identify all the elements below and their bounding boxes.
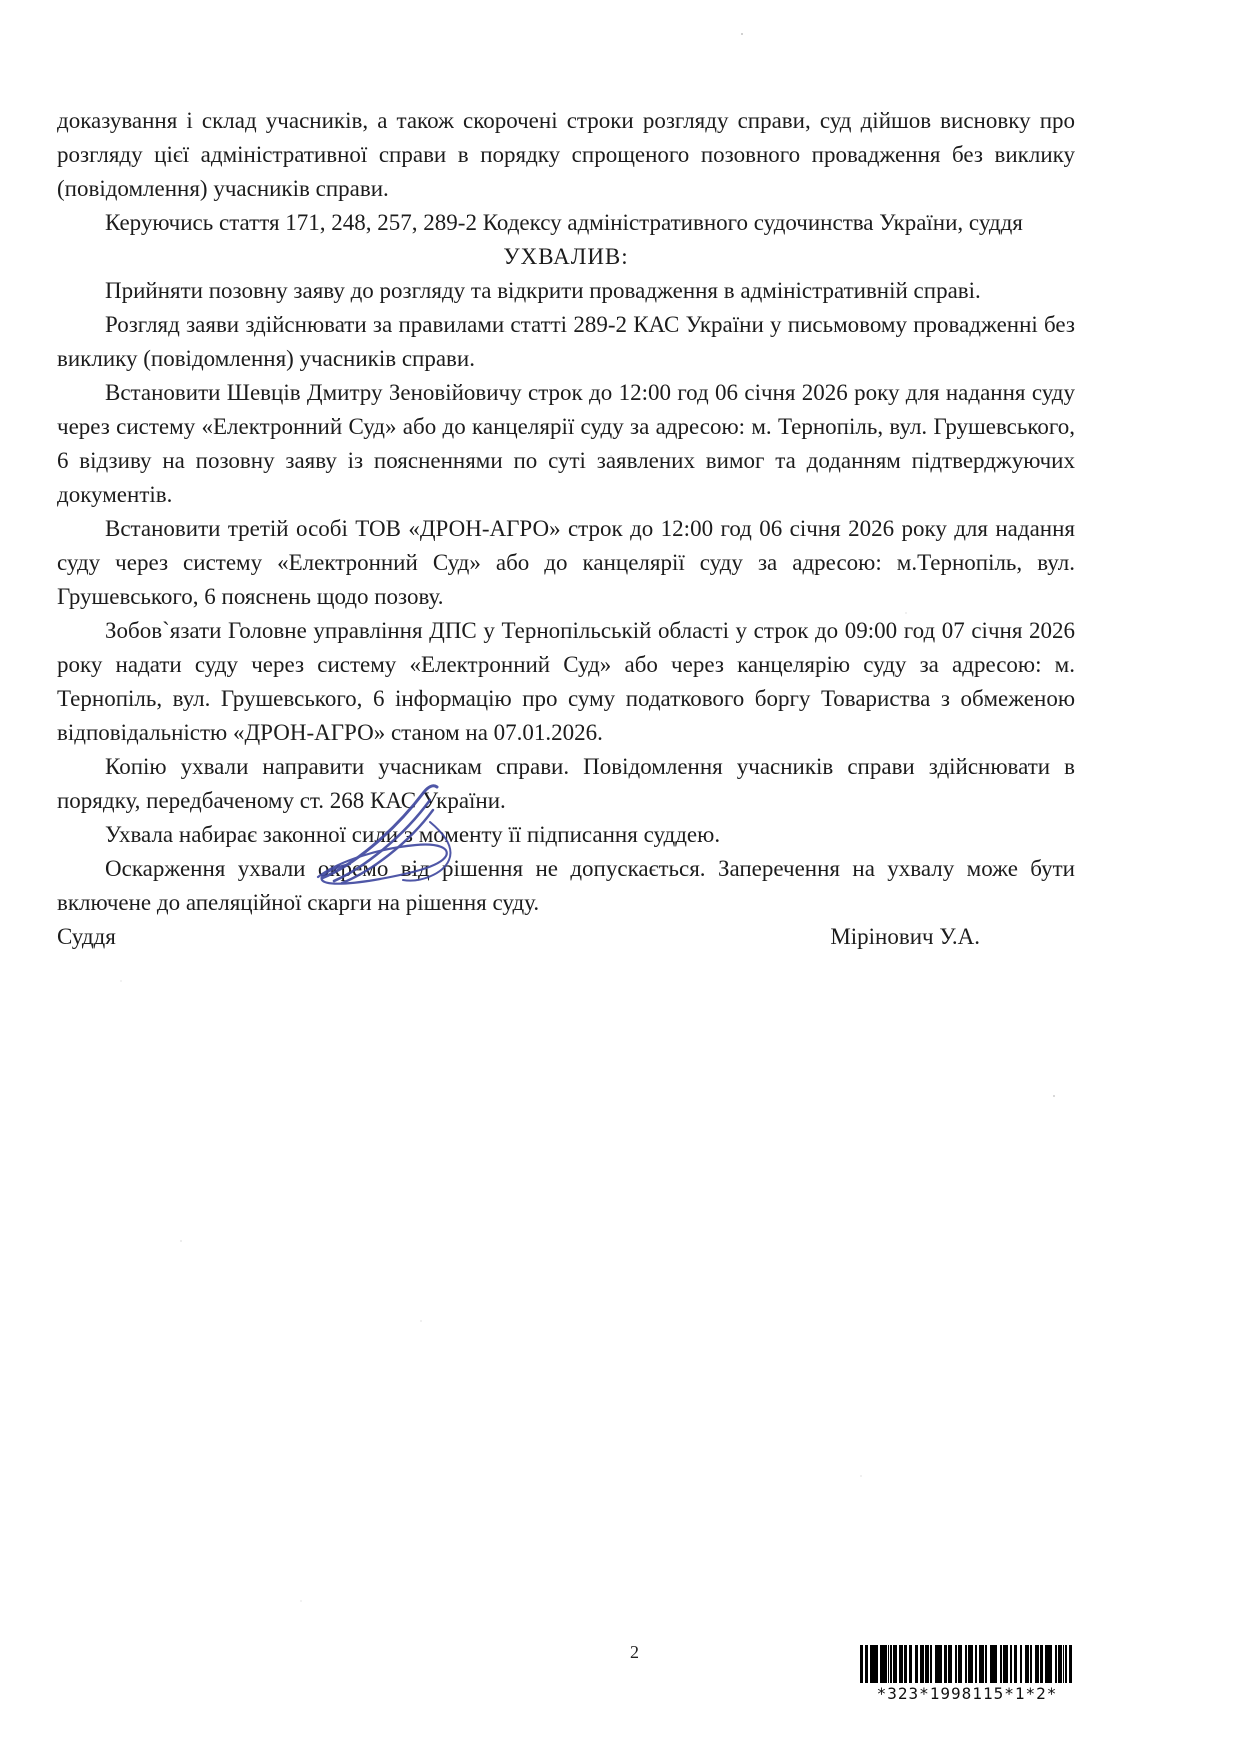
paragraph: Прийняти позовну заяву до розгляду та ві…	[57, 274, 1075, 308]
judge-name: Мірінович У.А.	[830, 920, 980, 954]
barcode: *323*1998115*1*2*	[860, 1645, 1074, 1703]
paragraph: Зобов`язати Головне управління ДПС у Тер…	[57, 614, 1075, 750]
resolution-heading: УХВАЛИВ:	[57, 240, 1075, 274]
paragraph: Встановити третій особі ТОВ «ДРОН-АГРО» …	[57, 512, 1075, 614]
judge-label: Суддя	[57, 920, 116, 954]
paragraph: Розгляд заяви здійснювати за правилами с…	[57, 308, 1075, 376]
barcode-bars-icon	[860, 1645, 1074, 1683]
ruling-text-block: доказування і склад учасників, а також с…	[57, 104, 1075, 954]
paragraph: Встановити Шевців Дмитру Зеновійовичу ст…	[57, 376, 1075, 512]
scanned-court-ruling-page: доказування і склад учасників, а також с…	[0, 0, 1240, 1754]
paragraph: Керуючись стаття 171, 248, 257, 289-2 Ко…	[57, 206, 1075, 240]
paragraph: Копію ухвали направити учасникам справи.…	[57, 750, 1075, 818]
scan-noise	[0, 0, 2, 2]
paragraph: Оскарження ухвали окремо від рішення не …	[57, 852, 1075, 920]
barcode-text: *323*1998115*1*2*	[860, 1684, 1074, 1703]
paragraph: доказування і склад учасників, а також с…	[57, 104, 1075, 206]
paragraph: Ухвала набирає законної сили з моменту ї…	[57, 818, 1075, 852]
judge-signature-row: Суддя Мірінович У.А.	[57, 920, 1075, 954]
page-number: 2	[630, 1642, 639, 1663]
